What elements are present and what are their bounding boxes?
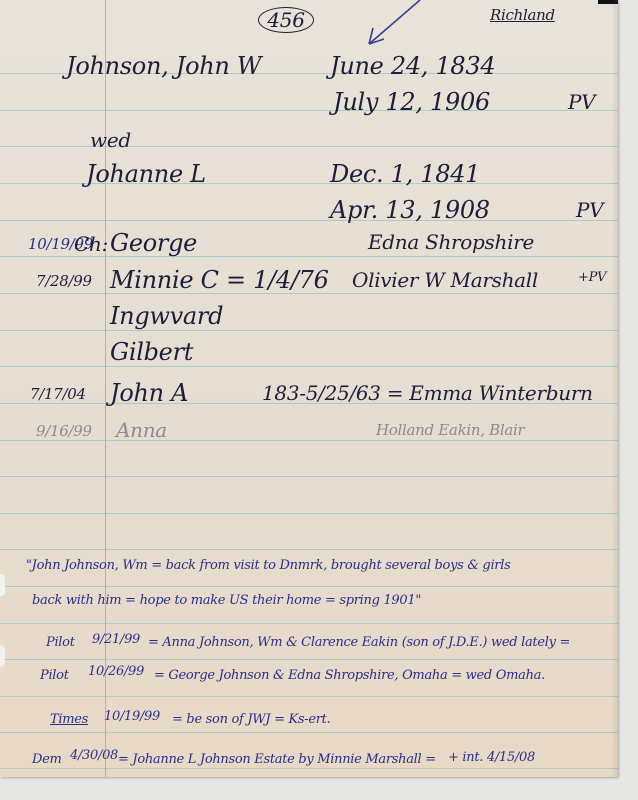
reference-date: 10/26/99	[88, 664, 144, 679]
reference-extra: + int. 4/15/08	[448, 750, 535, 765]
ruled-line	[0, 220, 618, 221]
head-death: July 12, 1906	[333, 88, 490, 116]
head-birth: June 24, 1834	[330, 52, 495, 80]
reference-text: = George Johnson & Edna Shropshire, Omah…	[154, 668, 545, 683]
child-spouse: Edna Shropshire	[368, 230, 534, 254]
head-name: Johnson, John W	[66, 52, 261, 80]
ruled-line	[0, 110, 618, 111]
ruled-line	[0, 366, 618, 367]
reference-date: 10/19/99	[104, 709, 160, 724]
spouse-name: Johanne L	[86, 160, 206, 188]
reference-text: = Anna Johnson, Wm & Clarence Eakin (son…	[148, 635, 570, 650]
reference-source: Pilot	[46, 635, 75, 650]
spouse-birth: Dec. 1, 1841	[330, 160, 480, 188]
reference-date: 9/21/99	[92, 632, 140, 647]
reference-date: 4/30/08	[70, 748, 118, 763]
spouse-death: Apr. 13, 1908	[330, 196, 490, 224]
record-number: 456	[258, 7, 314, 33]
ruled-line	[0, 440, 618, 441]
location-label: Richland	[490, 6, 555, 24]
ruled-line	[0, 732, 618, 733]
child-name: George	[110, 229, 197, 257]
note-line: "John Johnson, Wm = back from visit to D…	[26, 558, 510, 573]
child-date: 7/17/04	[30, 385, 86, 403]
reference-source: Times	[50, 712, 88, 727]
child-date: 9/16/99	[36, 422, 92, 440]
child-spouse: Holland Eakin, Blair	[376, 421, 524, 439]
ruled-line	[0, 768, 618, 769]
ruled-line	[0, 696, 618, 697]
children-label: Ch:	[74, 232, 108, 256]
child-spouse: Olivier W Marshall	[352, 268, 538, 292]
child-name: Gilbert	[110, 338, 193, 366]
spouse-burial-code: PV	[576, 198, 603, 222]
scan-edge	[598, 0, 618, 4]
ruled-line	[0, 330, 618, 331]
binder-hole	[0, 645, 5, 667]
margin-line	[105, 0, 106, 777]
reference-source: Pilot	[40, 668, 69, 683]
ruled-line	[0, 549, 618, 550]
ruled-line	[0, 513, 618, 514]
binder-hole	[0, 574, 5, 596]
child-date: 7/28/99	[36, 272, 92, 290]
child-name: Minnie C = 1/4/76	[110, 266, 329, 294]
child-spouse: 183-5/25/63 = Emma Winterburn	[262, 381, 593, 405]
ledger-page: 456 Richland Johnson, John W June 24, 18…	[0, 0, 618, 777]
ruled-line	[0, 659, 618, 660]
spouse-label: wed	[90, 128, 131, 152]
arrow-icon	[360, 0, 440, 50]
ruled-line	[0, 256, 618, 257]
ruled-line	[0, 623, 618, 624]
note-line: back with him = hope to make US their ho…	[32, 593, 421, 608]
ruled-line	[0, 586, 618, 587]
reference-source: Dem	[32, 752, 62, 767]
child-name: John A	[110, 379, 188, 407]
child-name: Anna	[116, 418, 167, 442]
child-note: +PV	[578, 270, 606, 285]
child-name: Ingwvard	[110, 302, 223, 330]
ruled-line	[0, 476, 618, 477]
head-burial-code: PV	[568, 90, 595, 114]
reference-text: = be son of JWJ = Ks-ert.	[172, 712, 330, 727]
reference-text: = Johanne L Johnson Estate by Minnie Mar…	[118, 752, 436, 767]
